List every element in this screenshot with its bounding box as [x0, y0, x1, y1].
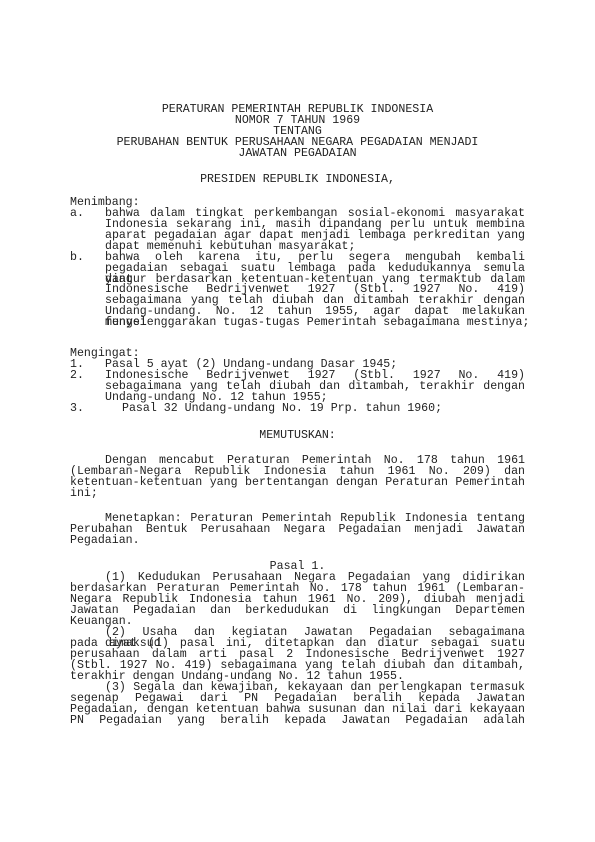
item-marker: a.	[70, 208, 84, 219]
item-marker: 3.	[70, 403, 84, 414]
mencabut-line: ketentuan-ketentuan yang bertentangan de…	[70, 477, 525, 488]
item-marker: 2.	[70, 370, 84, 381]
menetapkan-line: Pegadaian.	[70, 535, 140, 546]
president-heading: PRESIDEN REPUBLIK INDONESIA,	[0, 174, 595, 185]
title-line-5: JAWATAN PEGADAIAN	[0, 148, 595, 159]
item-marker: b.	[70, 252, 84, 263]
memutuskan-heading: MEMUTUSKAN:	[0, 430, 595, 441]
document-page: PERATURAN PEMERINTAH REPUBLIK INDONESIA …	[0, 0, 595, 842]
mencabut-line: ini;	[70, 488, 98, 499]
ayat-3-line: PN Pegadaian yang beralih kepada Jawatan…	[70, 715, 525, 726]
mengingat-3-line: Pasal 32 Undang-undang No. 19 Prp. tahun…	[122, 403, 442, 414]
ayat-1-line: Jawatan Pegadaian dan berkedudukan di li…	[70, 605, 525, 616]
menimbang-b-line: menyelenggarakan tugas-tugas Pemerintah …	[105, 317, 529, 328]
